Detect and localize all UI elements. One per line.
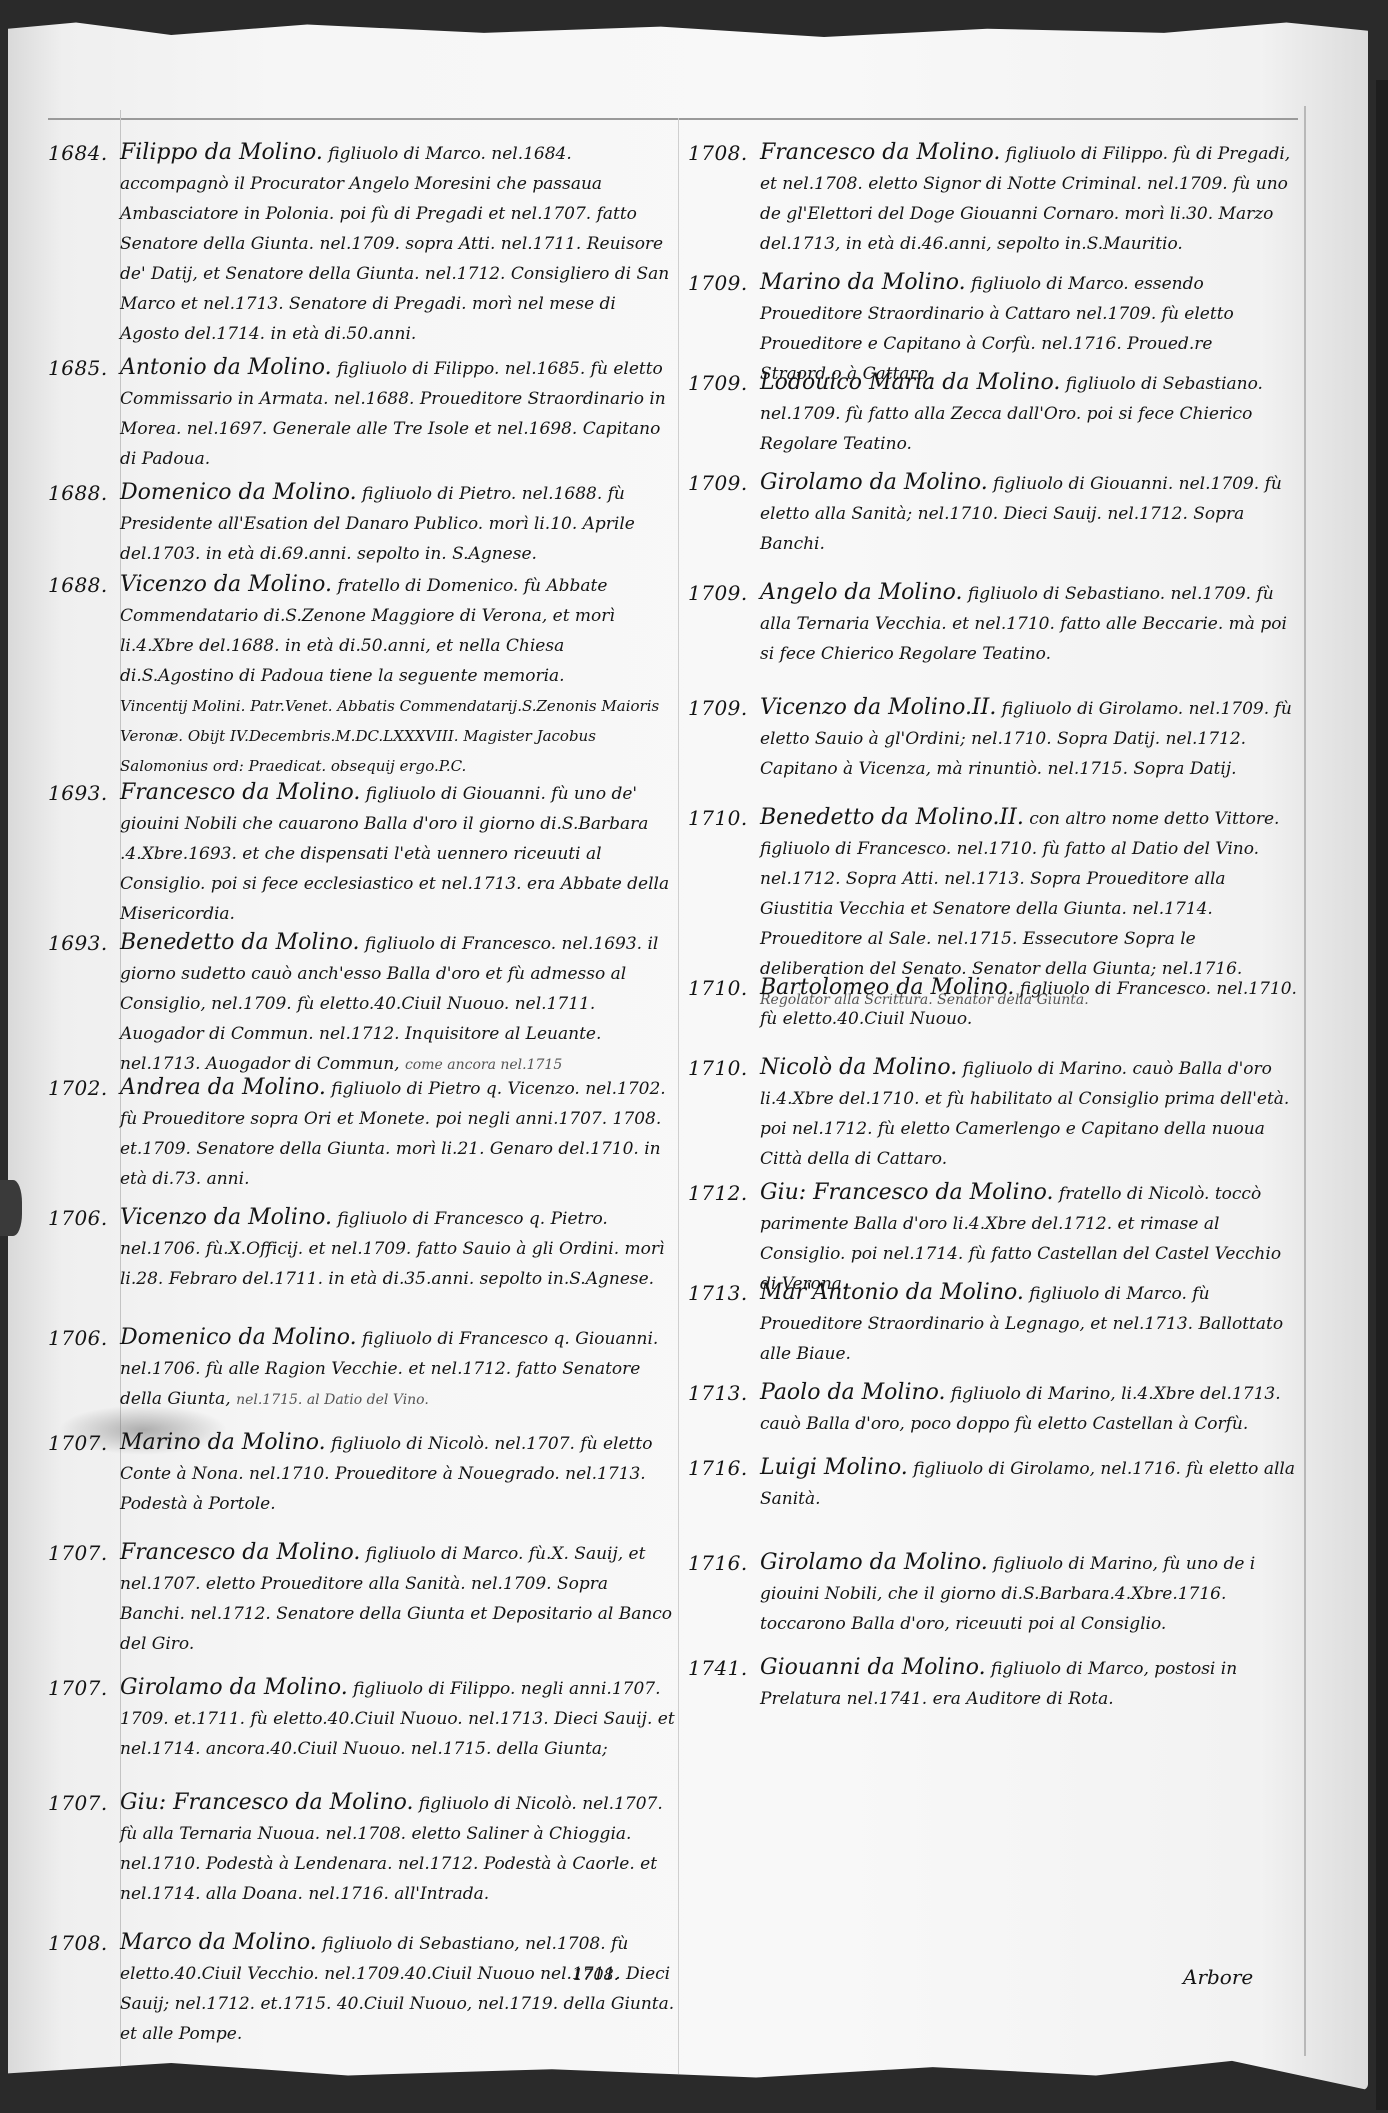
- entry-body: Marino da Molino. figliuolo di Nicolò. n…: [120, 1428, 678, 1519]
- entry-year: 1706.: [48, 1203, 120, 1294]
- entry-name: Giu: Francesco da Molino.: [760, 1180, 1054, 1205]
- entry-giouanni-1741: 1741. Giouanni da Molino. figliuolo di M…: [688, 1653, 1298, 1714]
- entry-text: con altro nome detto Vittore. figliuolo …: [760, 809, 1279, 979]
- entry-year: 1685.: [48, 353, 120, 474]
- entry-girolamo-1707: 1707. Girolamo da Molino. figliuolo di F…: [48, 1673, 678, 1764]
- column-divider: [678, 118, 679, 2078]
- entry-text: figliuolo di Francesco. nel.1693. il gio…: [120, 934, 658, 1074]
- entry-name: Vicenzo da Molino.: [120, 1205, 332, 1230]
- entry-name: Girolamo da Molino.: [760, 470, 988, 495]
- entry-year: 1706.: [48, 1323, 120, 1415]
- entry-body: Giouanni da Molino. figliuolo di Marco, …: [760, 1653, 1298, 1714]
- entry-name: Vicenzo da Molino.: [120, 572, 332, 597]
- entry-year: 1693.: [48, 928, 120, 1080]
- entry-name: Benedetto da Molino.: [120, 930, 359, 955]
- entry-vicenzo-1709: 1709. Vicenzo da Molino.II. figliuolo di…: [688, 693, 1298, 784]
- entry-year: 1707.: [48, 1788, 120, 1909]
- entry-name: Girolamo da Molino.: [760, 1550, 988, 1575]
- entry-text: figliuolo di Marco. nel.1684. accompagnò…: [120, 144, 669, 344]
- entry-year: 1713.: [688, 1278, 760, 1369]
- entry-year: 1709.: [688, 693, 760, 784]
- entry-name: Domenico da Molino.: [120, 480, 357, 505]
- entry-name: Mar'Antonio da Molino.: [760, 1280, 1024, 1305]
- entry-body: Girolamo da Molino. figliuolo di Giouann…: [760, 468, 1298, 559]
- entry-body: Filippo da Molino. figliuolo di Marco. n…: [120, 138, 678, 349]
- entry-name: Benedetto da Molino.II.: [760, 805, 1024, 830]
- entry-year: 1713.: [688, 1378, 760, 1439]
- entry-year: 1716.: [688, 1548, 760, 1639]
- binding-edge: [1376, 80, 1388, 2110]
- entry-body: Bartolomeo da Molino. figliuolo di Franc…: [760, 973, 1298, 1034]
- entry-name: Francesco da Molino.: [120, 780, 360, 805]
- entry-body: Paolo da Molino. figliuolo di Marino, li…: [760, 1378, 1298, 1439]
- manuscript-page: 1684. Filippo da Molino. figliuolo di Ma…: [8, 10, 1368, 2090]
- entry-filippo-1684: 1684. Filippo da Molino. figliuolo di Ma…: [48, 138, 678, 349]
- entry-benedetto-1693: 1693. Benedetto da Molino. figliuolo di …: [48, 928, 678, 1080]
- entry-paolo-1713: 1713. Paolo da Molino. figliuolo di Mari…: [688, 1378, 1298, 1439]
- entry-body: Luigi Molino. figliuolo di Girolamo, nel…: [760, 1453, 1298, 1514]
- entry-body: Francesco da Molino. figliuolo di Marco.…: [120, 1538, 678, 1659]
- entry-name: Girolamo da Molino.: [120, 1675, 348, 1700]
- entry-name: Antonio da Molino.: [120, 355, 332, 380]
- entry-body: Lodouico Maria da Molino. figliuolo di S…: [760, 368, 1298, 459]
- entry-name: Marino da Molino.: [760, 270, 966, 295]
- entry-year: 1707.: [48, 1538, 120, 1659]
- entry-name: Bartolomeo da Molino.: [760, 975, 1014, 1000]
- footer-catchword: Arbore: [1183, 1965, 1253, 1989]
- entry-name: Giu: Francesco da Molino.: [120, 1790, 414, 1815]
- entry-body: Marco da Molino. figliuolo di Sebastiano…: [120, 1928, 678, 2049]
- entry-body: Nicolò da Molino. figliuolo di Marino. c…: [760, 1053, 1298, 1174]
- entry-domenico-1688: 1688. Domenico da Molino. figliuolo di P…: [48, 478, 678, 569]
- entry-body: Vicenzo da Molino. figliuolo di Francesc…: [120, 1203, 678, 1294]
- entry-francesco-1707: 1707. Francesco da Molino. figliuolo di …: [48, 1538, 678, 1659]
- entry-name: Vicenzo da Molino.II.: [760, 695, 996, 720]
- entry-marino-1707: 1707. Marino da Molino. figliuolo di Nic…: [48, 1428, 678, 1519]
- entry-year: 1741.: [688, 1653, 760, 1714]
- entry-lodouico-1709: 1709. Lodouico Maria da Molino. figliuol…: [688, 368, 1298, 459]
- entry-antonio-1685: 1685. Antonio da Molino. figliuolo di Fi…: [48, 353, 678, 474]
- entry-body: Mar'Antonio da Molino. figliuolo di Marc…: [760, 1278, 1298, 1369]
- entry-name: Andrea da Molino.: [120, 1075, 326, 1100]
- epitaph-text: Vincentij Molini. Patr.Venet. Abbatis Co…: [120, 697, 659, 775]
- entry-marco-1708: 1708. Marco da Molino. figliuolo di Seba…: [48, 1928, 678, 2049]
- entry-name: Paolo da Molino.: [760, 1380, 946, 1405]
- entry-year: 1710.: [688, 1053, 760, 1174]
- entry-body: Benedetto da Molino. figliuolo di France…: [120, 928, 678, 1080]
- entry-girolamo-1716: 1716. Girolamo da Molino. figliuolo di M…: [688, 1548, 1298, 1639]
- entry-name: Giouanni da Molino.: [760, 1655, 986, 1680]
- entry-year: 1709.: [688, 468, 760, 559]
- entry-body: Francesco da Molino. figliuolo di Filipp…: [760, 138, 1298, 259]
- later-annotation: nel.1715. al Datio del Vino.: [236, 1392, 429, 1408]
- entry-marantonio-1713: 1713. Mar'Antonio da Molino. figliuolo d…: [688, 1278, 1298, 1369]
- entry-body: Andrea da Molino. figliuolo di Pietro q.…: [120, 1073, 678, 1194]
- entry-name: Filippo da Molino.: [120, 140, 323, 165]
- entry-vicenzo-1688: 1688. Vicenzo da Molino. fratello di Dom…: [48, 570, 678, 781]
- entry-year: 1707.: [48, 1673, 120, 1764]
- entry-body: Giu: Francesco da Molino. figliuolo di N…: [120, 1788, 678, 1909]
- entry-angelo-1709: 1709. Angelo da Molino. figliuolo di Seb…: [688, 578, 1298, 669]
- entry-girolamo-1709: 1709. Girolamo da Molino. figliuolo di G…: [688, 468, 1298, 559]
- entry-year: 1684.: [48, 138, 120, 349]
- entry-name: Nicolò da Molino.: [760, 1055, 957, 1080]
- entry-year: 1702.: [48, 1073, 120, 1194]
- entry-body: Domenico da Molino. figliuolo di Frances…: [120, 1323, 678, 1415]
- entry-body: Angelo da Molino. figliuolo di Sebastian…: [760, 578, 1298, 669]
- entry-name: Francesco da Molino.: [760, 140, 1000, 165]
- entry-year: 1688.: [48, 478, 120, 569]
- stray-year-mark: 1708.: [573, 1965, 619, 1984]
- entry-francesco-1693: 1693. Francesco da Molino. figliuolo di …: [48, 778, 678, 929]
- entry-nicolo-1710: 1710. Nicolò da Molino. figliuolo di Mar…: [688, 1053, 1298, 1174]
- entry-year: 1707.: [48, 1428, 120, 1519]
- entry-year: 1708.: [688, 138, 760, 259]
- entry-name: Marino da Molino.: [120, 1430, 326, 1455]
- entry-name: Lodouico Maria da Molino.: [760, 370, 1060, 395]
- entry-luigi-1716: 1716. Luigi Molino. figliuolo di Girolam…: [688, 1453, 1298, 1514]
- entry-body: Francesco da Molino. figliuolo di Giouan…: [120, 778, 678, 929]
- entry-name: Francesco da Molino.: [120, 1540, 360, 1565]
- entry-body: Girolamo da Molino. figliuolo di Marino,…: [760, 1548, 1298, 1639]
- entry-year: 1716.: [688, 1453, 760, 1514]
- entry-andrea-1702: 1702. Andrea da Molino. figliuolo di Pie…: [48, 1073, 678, 1194]
- entry-giu-francesco-1707: 1707. Giu: Francesco da Molino. figliuol…: [48, 1788, 678, 1909]
- entry-domenico-1706: 1706. Domenico da Molino. figliuolo di F…: [48, 1323, 678, 1415]
- entry-body: Antonio da Molino. figliuolo di Filippo.…: [120, 353, 678, 474]
- later-annotation: come ancora nel.1715: [405, 1057, 562, 1073]
- entry-body: Vicenzo da Molino. fratello di Domenico.…: [120, 570, 678, 781]
- entry-year: 1693.: [48, 778, 120, 929]
- ruled-line-top: [48, 118, 1298, 120]
- entry-name: Luigi Molino.: [760, 1455, 908, 1480]
- entry-body: Vicenzo da Molino.II. figliuolo di Girol…: [760, 693, 1298, 784]
- margin-rule-right: [1304, 106, 1306, 2056]
- entry-body: Domenico da Molino. figliuolo di Pietro.…: [120, 478, 678, 569]
- entry-year: 1710.: [688, 973, 760, 1034]
- entry-text: figliuolo di Giouanni. fù uno de' giouin…: [120, 784, 669, 924]
- entry-francesco-1708: 1708. Francesco da Molino. figliuolo di …: [688, 138, 1298, 259]
- entry-name: Domenico da Molino.: [120, 1325, 357, 1350]
- entry-year: 1709.: [688, 578, 760, 669]
- entry-year: 1709.: [688, 368, 760, 459]
- entry-year: 1688.: [48, 570, 120, 781]
- entry-vicenzo-1706: 1706. Vicenzo da Molino. figliuolo di Fr…: [48, 1203, 678, 1294]
- entry-bartolomeo-1710: 1710. Bartolomeo da Molino. figliuolo di…: [688, 973, 1298, 1034]
- entry-year: 1708.: [48, 1928, 120, 2049]
- entry-name: Marco da Molino.: [120, 1930, 317, 1955]
- entry-name: Angelo da Molino.: [760, 580, 963, 605]
- ink-blot: [0, 1180, 22, 1236]
- entry-body: Girolamo da Molino. figliuolo di Filippo…: [120, 1673, 678, 1764]
